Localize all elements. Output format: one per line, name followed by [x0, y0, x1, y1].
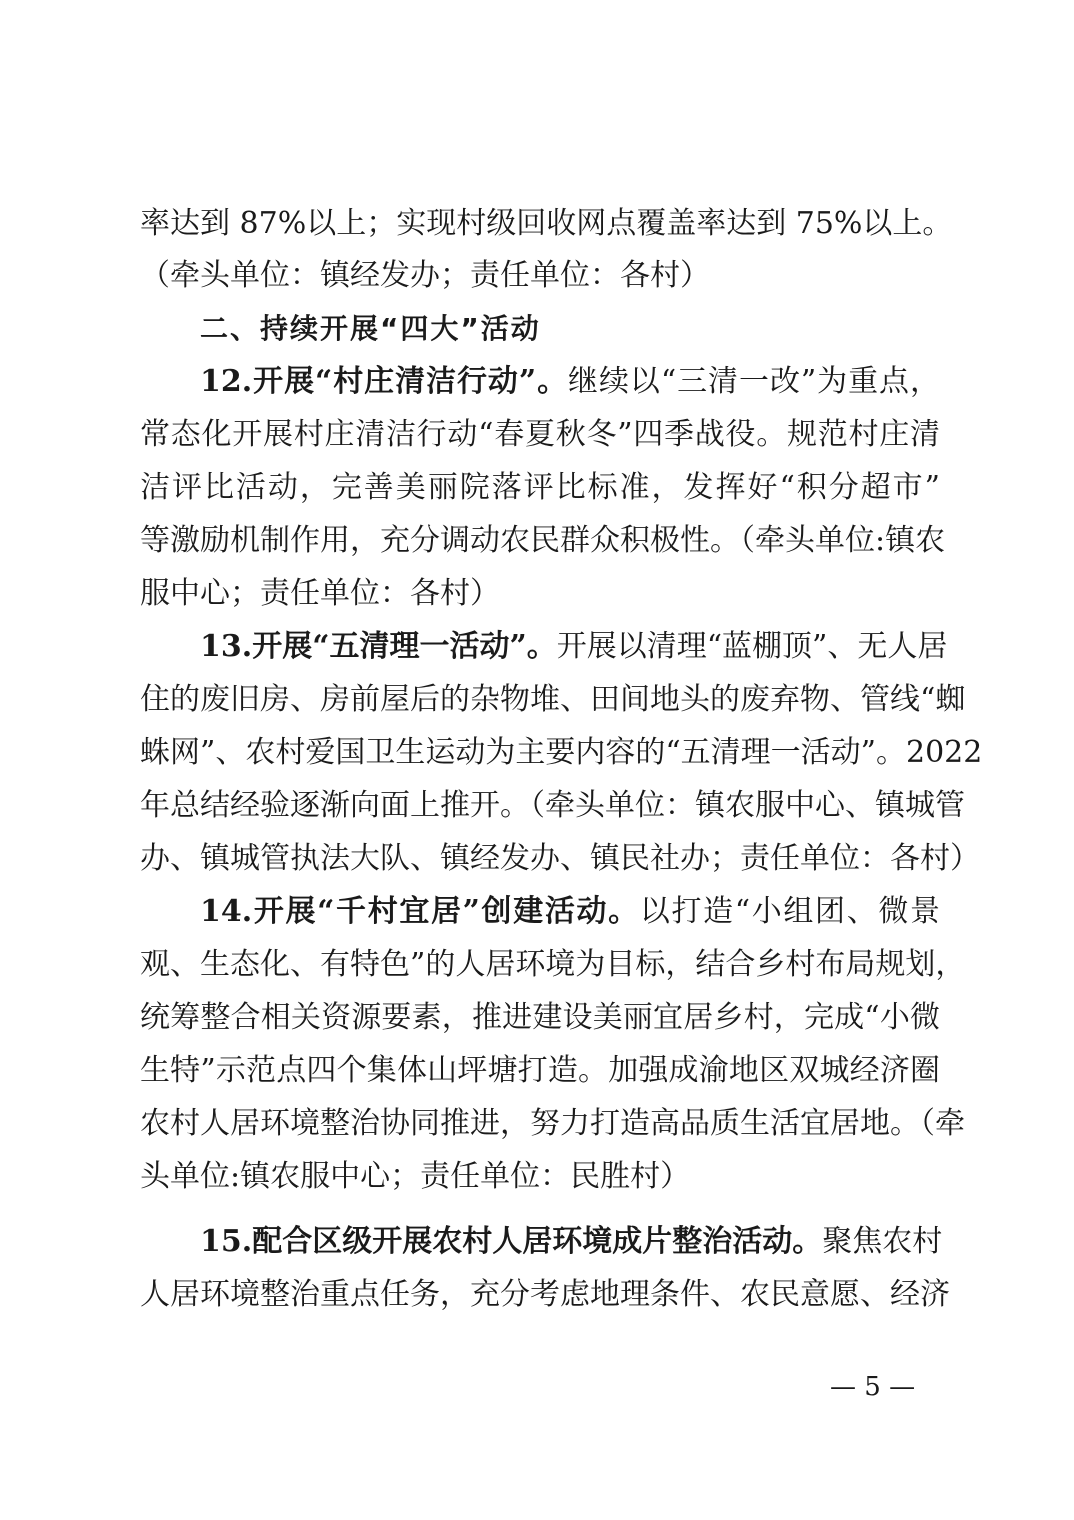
item-number: 15. [200, 1224, 252, 1259]
item-text: 继续以“三清一改”为重点， [568, 364, 940, 399]
paragraph-line: 常态化开展村庄清洁行动“春夏秋冬”四季战役。规范村庄清 [140, 408, 940, 462]
paragraph-line: 洁评比活动，完善美丽院落评比标准，发挥好“积分超市” [140, 461, 940, 515]
paragraph-line: 生特”示范点四个集体山坪塘打造。加强成渝地区双城经济圈 [140, 1044, 940, 1098]
paragraph-line: 住的废旧房、房前屋后的杂物堆、田间地头的废弃物、管线“蜘 [140, 673, 940, 727]
item-title: 开展“村庄清洁行动”。 [252, 364, 568, 399]
item-12-first-line: 12.开展“村庄清洁行动”。继续以“三清一改”为重点， [200, 355, 940, 409]
item-number: 13. [200, 629, 252, 664]
item-title: 配合区级开展农村人居环境成片整治活动。 [252, 1224, 822, 1259]
paragraph-line: 率达到 87%以上；实现村级回收网点覆盖率达到 75%以上。 [140, 197, 940, 251]
item-title: 开展“五清理一活动”。 [252, 629, 557, 664]
paragraph-line: 统筹整合相关资源要素，推进建设美丽宜居乡村，完成“小微 [140, 991, 940, 1045]
paragraph-line: 服中心；责任单位：各村） [140, 567, 940, 621]
paragraph-line: 人居环境整治重点任务，充分考虑地理条件、农民意愿、经济 [140, 1268, 940, 1322]
paragraph-line: 办、镇城管执法大队、镇经发办、镇民社办；责任单位：各村） [140, 832, 940, 886]
section-heading: 二、持续开展“四大”活动 [200, 302, 940, 356]
item-text: 以打造“小组团、微景 [640, 894, 940, 929]
paragraph-line: 等激励机制作用，充分调动农民群众积极性。（牵头单位:镇农 [140, 514, 940, 568]
item-number: 14. [200, 894, 252, 929]
item-text: 聚焦农村 [822, 1224, 942, 1259]
paragraph-line: （牵头单位：镇经发办；责任单位：各村） [140, 249, 940, 303]
item-number: 12. [200, 364, 252, 399]
paragraph-line: 年总结经验逐渐向面上推开。（牵头单位：镇农服中心、镇城管 [140, 779, 940, 833]
item-15-first-line: 15.配合区级开展农村人居环境成片整治活动。聚焦农村 [200, 1215, 940, 1269]
item-14-first-line: 14.开展“千村宜居”创建活动。以打造“小组团、微景 [200, 885, 940, 939]
item-13-first-line: 13.开展“五清理一活动”。开展以清理“蓝棚顶”、无人居 [200, 620, 940, 674]
paragraph-line: 蛛网”、农村爱国卫生运动为主要内容的“五清理一活动”。2022 [140, 726, 940, 780]
item-title: 开展“千村宜居”创建活动。 [252, 894, 640, 929]
item-text: 开展以清理“蓝棚顶”、无人居 [557, 629, 948, 664]
paragraph-line: 头单位:镇农服中心；责任单位：民胜村） [140, 1150, 940, 1204]
page-number: — 5 — [830, 1367, 915, 1407]
paragraph-line: 农村人居环境整治协同推进，努力打造高品质生活宜居地。（牵 [140, 1097, 940, 1151]
paragraph-line: 观、生态化、有特色”的人居环境为目标，结合乡村布局规划， [140, 938, 940, 992]
